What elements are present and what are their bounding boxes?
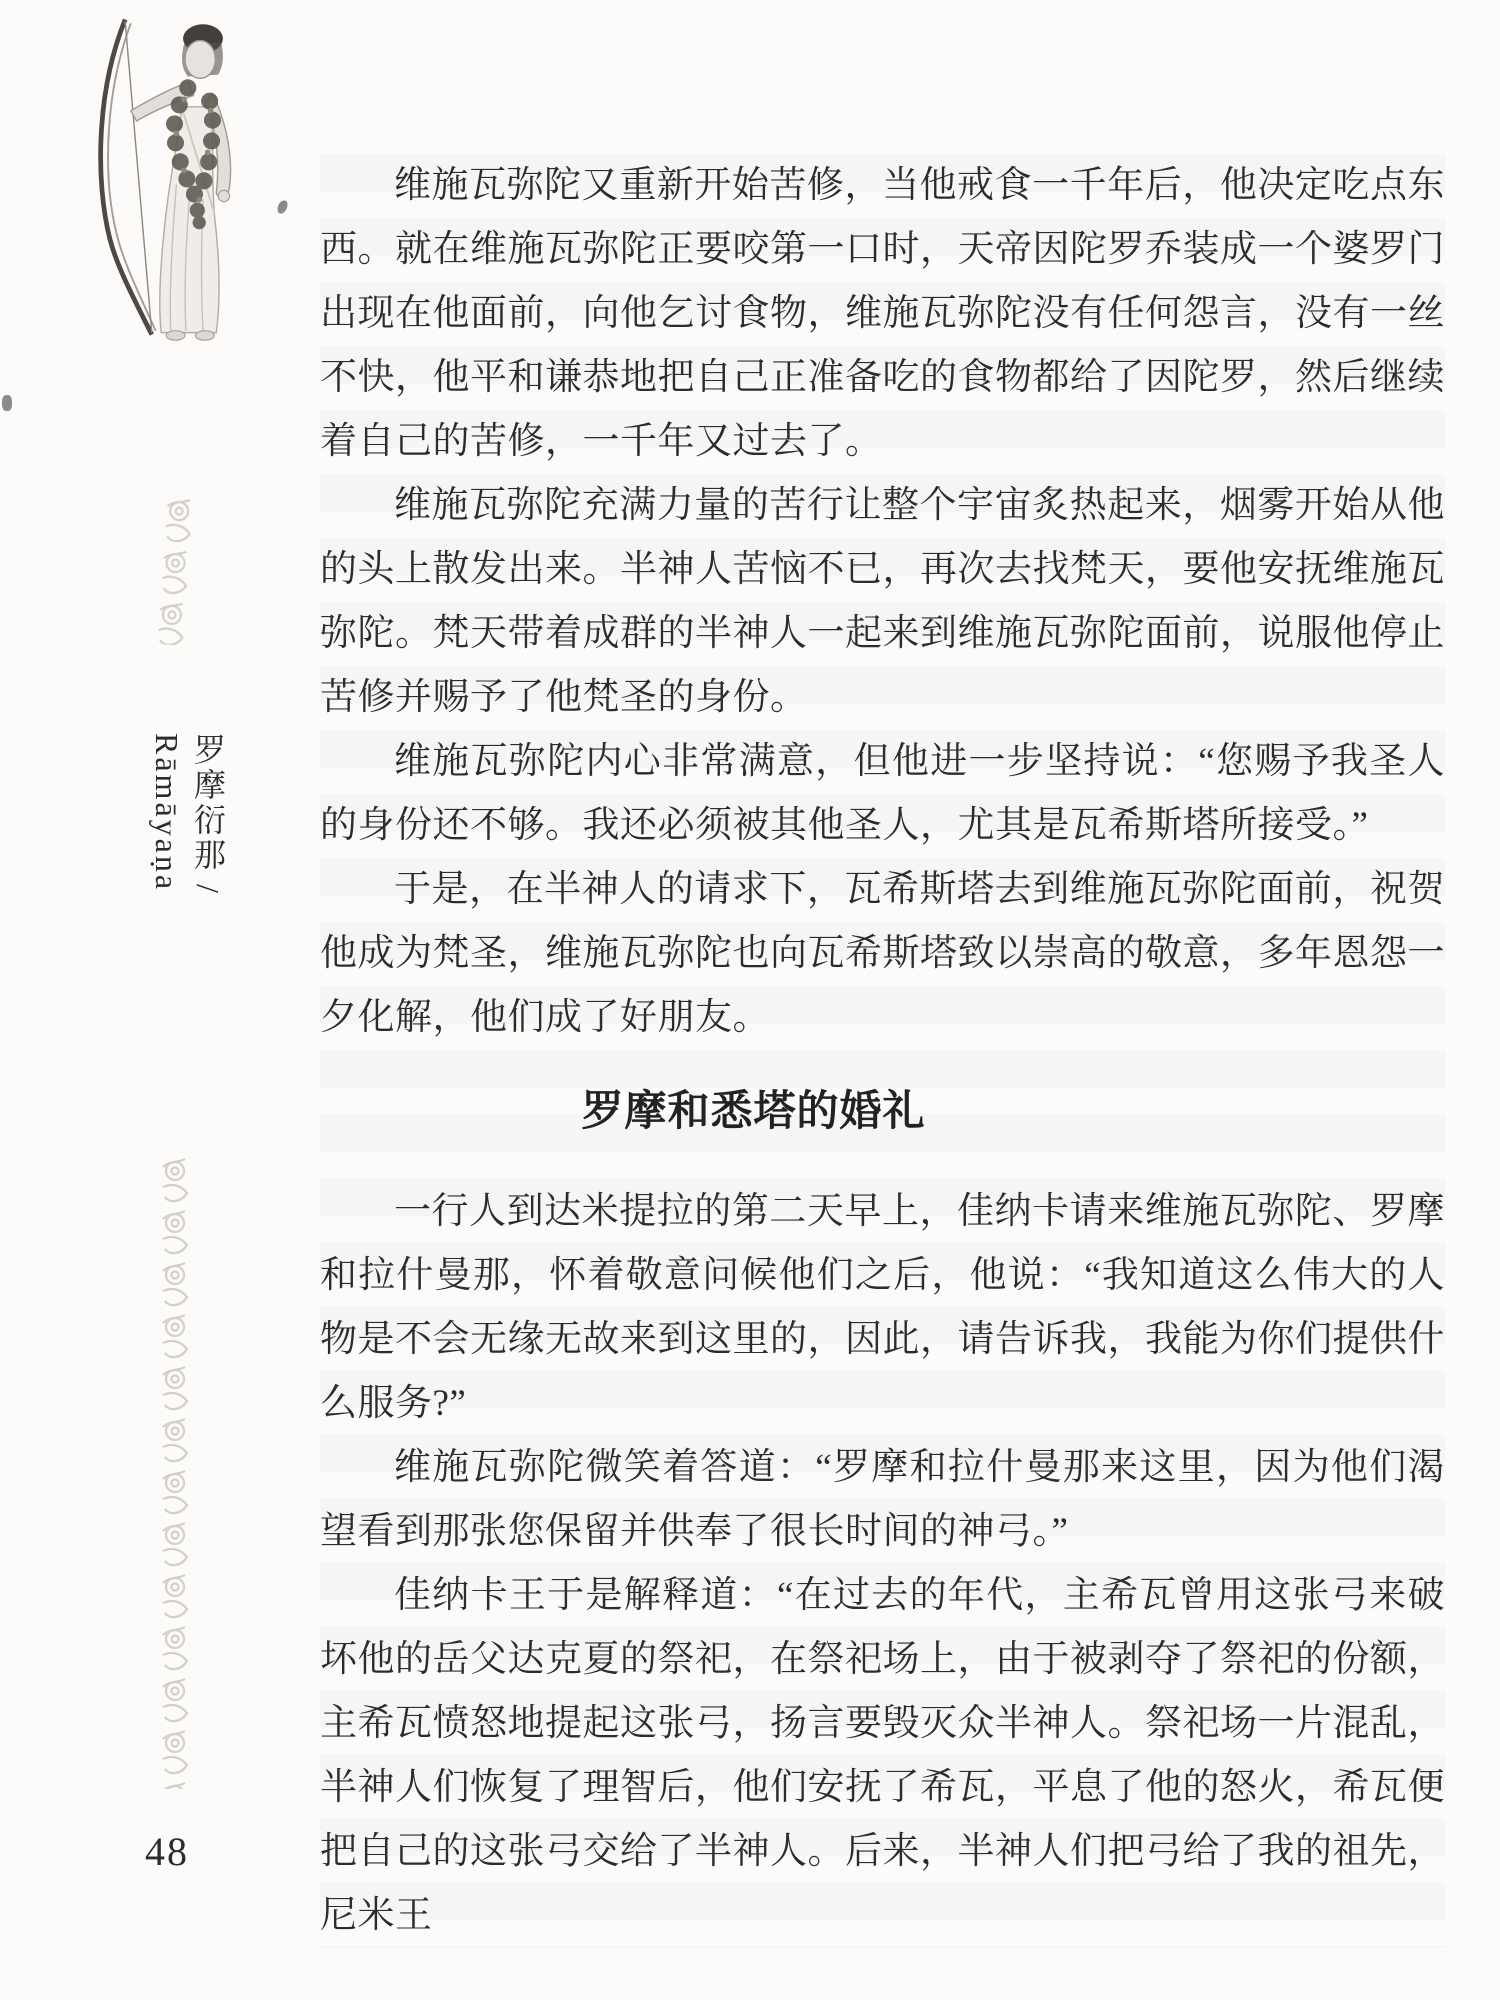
floral-scroll-ornament-top	[152, 496, 198, 646]
rama-with-bow-illustration	[55, 5, 240, 350]
rama-illustration-svg	[55, 5, 240, 350]
paragraph: 维施瓦弥陀又重新开始苦修，当他戒食一千年后，他决定吃点东西。就在维施瓦弥陀正要咬…	[320, 154, 1445, 474]
main-text-column: 维施瓦弥陀又重新开始苦修，当他戒食一千年后，他决定吃点东西。就在维施瓦弥陀正要咬…	[320, 154, 1445, 1948]
paragraph: 于是，在半神人的请求下，瓦希斯塔去到维施瓦弥陀面前，祝贺他成为梵圣，维施瓦弥陀也…	[320, 858, 1445, 1050]
book-page: 罗摩衍那 / Rāmāyaṇa 48 维施瓦弥陀又重新开始苦修，当他戒食一千年后…	[0, 0, 1500, 2000]
section-heading: 罗摩和悉塔的婚礼	[191, 1082, 1316, 1142]
page-number: 48	[145, 1828, 189, 1875]
book-title-vertical: 罗摩衍那 / Rāmāyaṇa	[148, 733, 231, 1023]
paragraph: 维施瓦弥陀充满力量的苦行让整个宇宙炙热起来，烟雾开始从他的头上散发出来。半神人苦…	[320, 474, 1445, 730]
sidebar: 罗摩衍那 / Rāmāyaṇa 48	[0, 0, 260, 2000]
floral-scroll-ornament-bottom	[157, 1157, 193, 1789]
paragraph: 佳纳卡王于是解释道：“在过去的年代，主希瓦曾用这张弓来破坏他的岳父达克夏的祭祀，…	[320, 1564, 1445, 1948]
paragraph: 维施瓦弥陀内心非常满意，但他进一步坚持说：“您赐予我圣人的身份还不够。我还必须被…	[320, 730, 1445, 858]
scan-speck	[2, 395, 12, 411]
paragraph: 一行人到达米提拉的第二天早上，佳纳卡请来维施瓦弥陀、罗摩和拉什曼那，怀着敬意问候…	[320, 1180, 1445, 1436]
paragraph: 维施瓦弥陀微笑着答道：“罗摩和拉什曼那来这里，因为他们渴望看到那张您保留并供奉了…	[320, 1436, 1445, 1564]
scan-speck	[275, 199, 289, 215]
